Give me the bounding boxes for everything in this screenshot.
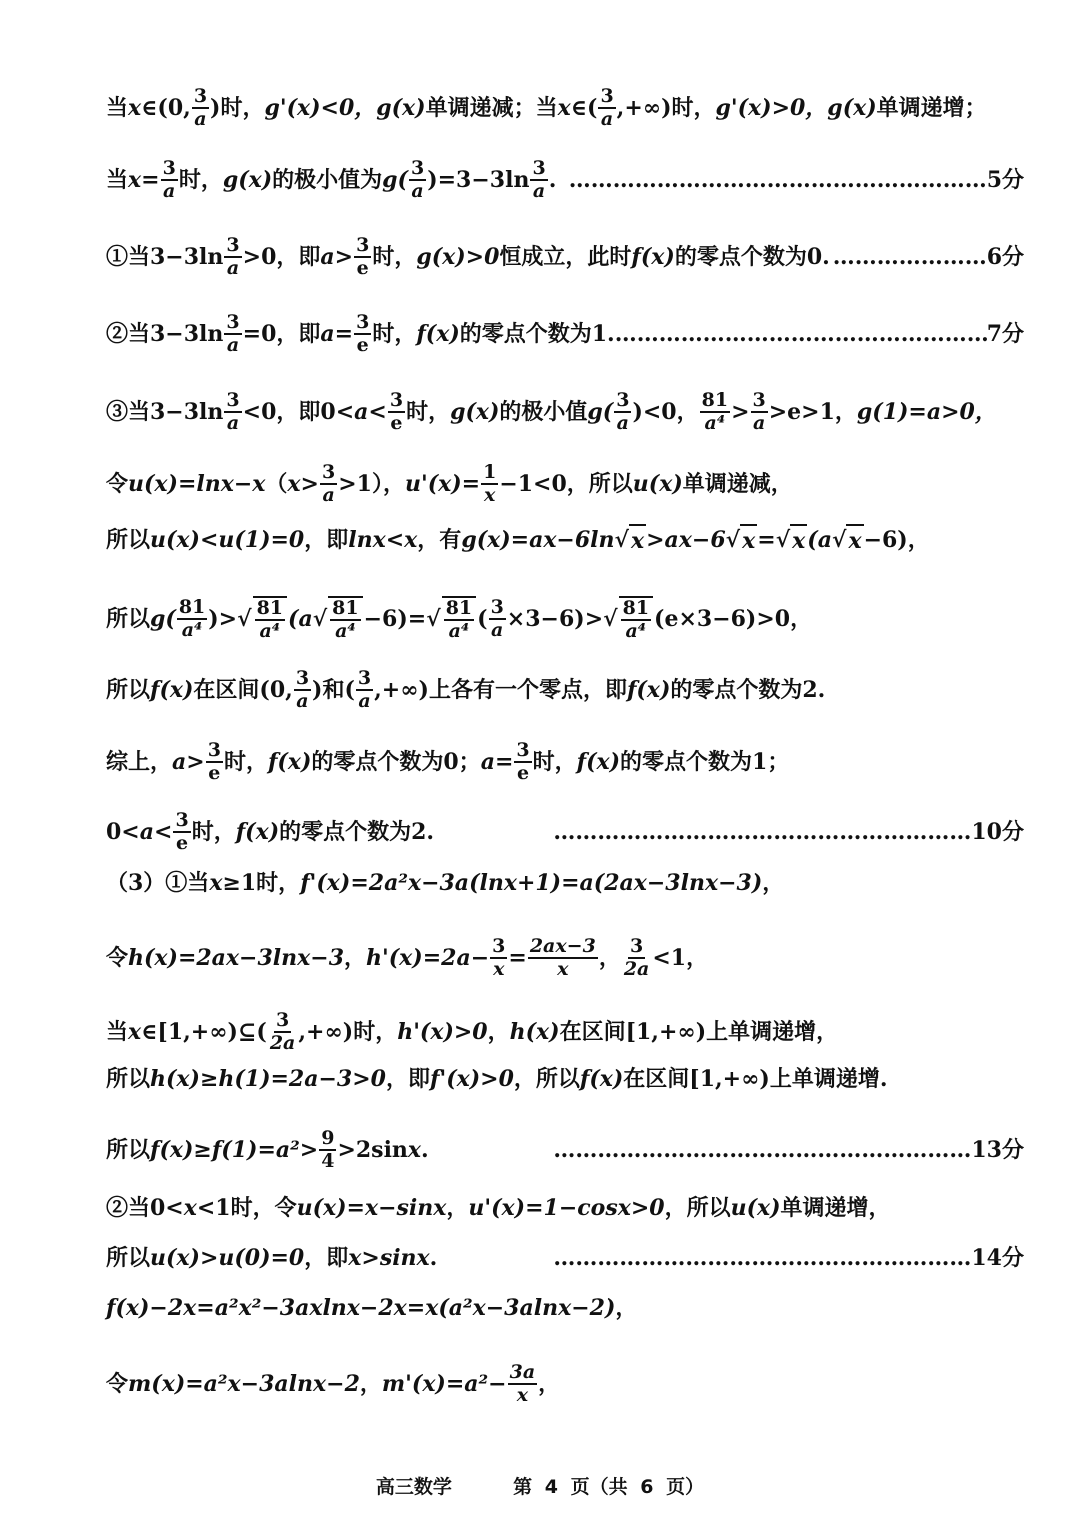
- fraction: 3e: [388, 390, 405, 434]
- page-number: 第 4 页（共 6 页）: [513, 1476, 704, 1498]
- solution-line-5: ③当3−3ln 3a <0，即0<a< 3e 时，g(x)的极小值g( 3a )…: [106, 390, 1024, 434]
- line-content: f(x)−2x=a²x²−3axlnx−2x=x(a²x−3alnx−2)，: [106, 1293, 637, 1323]
- solution-line-8: 所以g( 81a⁴ )> √81a⁴ (a √81a⁴ −6)= √81a⁴ (…: [106, 596, 1024, 642]
- dot-leader: …………………………………………………: [556, 165, 986, 195]
- solution-line-6: 令u(x)=lnx−x（x> 3a >1），u'(x)= 1x −1<0，所以u…: [106, 462, 1024, 506]
- solution-line-2: 当 x= 3a 时，g(x)的极小值为g( 3a )=3−3ln 3a . ………: [106, 158, 1024, 202]
- fraction: 2ax−3x: [528, 936, 598, 980]
- line-content: 所以f(x)在区间(0, 3a )和( 3a ,+∞)上各有一个零点，即f(x)…: [106, 668, 825, 712]
- score-marker: 10分: [971, 817, 1024, 847]
- score-marker: 14分: [971, 1243, 1024, 1273]
- solution-line-16: 所以f(x)≥f(1)=a²> 94 >2sinx. ……………………………………: [106, 1128, 1024, 1172]
- page-footer: 高三数学 第 4 页（共 6 页）: [0, 1472, 1080, 1499]
- solution-line-14: 当x∈[1,+∞)⊆( 32a ,+∞)时，h'(x)>0，h(x)在区间[1,…: [106, 1010, 1024, 1054]
- line-content: （3）①当 x≥1时，f'(x)=2a²x−3a(lnx+1)=a(2ax−3l…: [106, 868, 784, 898]
- line-content: ②当3−3ln 3a =0，即 a= 3e 时，f(x)的零点个数为1.: [106, 312, 615, 356]
- score-marker: 13分: [971, 1135, 1024, 1165]
- solution-line-20: 令m(x)=a²x−3alnx−2，m'(x)=a²− 3ax ，: [106, 1362, 1024, 1406]
- line-content: ①当3−3ln 3a >0，即 a> 3e 时，g(x)>0恒成立，此时f(x)…: [106, 235, 830, 279]
- line-content: 所以h(x)≥h(1)=2a−3>0，即f'(x)>0，所以f(x)在区间[1,…: [106, 1064, 888, 1094]
- line-content: 0<a< 3e 时，f(x)的零点个数为2.: [106, 810, 434, 854]
- fraction: 3a: [161, 158, 178, 202]
- sqrt-fraction: 81a⁴: [619, 596, 653, 642]
- fraction: 3x: [490, 936, 507, 980]
- fraction: 3e: [173, 810, 190, 854]
- line-content: 令m(x)=a²x−3alnx−2，m'(x)=a²− 3ax ，: [106, 1362, 560, 1406]
- fraction: 3e: [354, 312, 371, 356]
- line-content: 当 x∈(0, 3a )时，g'(x)<0，g(x)单调递减；当 x∈( 3a …: [106, 86, 987, 130]
- fraction: 3a: [614, 390, 631, 434]
- fraction: 3a: [320, 462, 337, 506]
- solution-line-11: 0<a< 3e 时，f(x)的零点个数为2. ………………………………………………: [106, 810, 1024, 854]
- line-content: 当 x= 3a 时，g(x)的极小值为g( 3a )=3−3ln 3a .: [106, 158, 556, 202]
- fraction: 3a: [294, 668, 311, 712]
- line-content: 所以u(x)<u(1)=0，即lnx<x，有g(x)=ax−6ln √x>ax−…: [106, 524, 930, 556]
- solution-line-10: 综上，a> 3e 时，f(x)的零点个数为0；a= 3e 时，f(x)的零点个数…: [106, 740, 1024, 784]
- fraction: 1x: [481, 462, 498, 506]
- sqrt-fraction: 81a⁴: [253, 596, 287, 642]
- fraction: 3a: [224, 235, 241, 279]
- solution-line-17: ②当0<x<1时，令u(x)=x−sinx，u'(x)=1−cosx>0，所以u…: [106, 1193, 1024, 1223]
- sqrt-fraction: 81a⁴: [442, 596, 476, 642]
- solution-line-4: ②当3−3ln 3a =0，即 a= 3e 时，f(x)的零点个数为1. …………: [106, 312, 1024, 356]
- dot-leader: …………………………………………………: [437, 1243, 971, 1273]
- solution-line-13: 令h(x)=2ax−3lnx−3，h'(x)=2a− 3x = 2ax−3x ，…: [106, 936, 1024, 980]
- dot-leader: …………………: [830, 242, 987, 272]
- subject-label: 高三数学: [376, 1476, 452, 1498]
- line-content: 所以g( 81a⁴ )> √81a⁴ (a √81a⁴ −6)= √81a⁴ (…: [106, 596, 812, 642]
- fraction: 3a: [224, 312, 241, 356]
- fraction: 3a: [409, 158, 426, 202]
- fraction: 3a: [224, 390, 241, 434]
- fraction: 94: [319, 1128, 336, 1172]
- sqrt-fraction: 81a⁴: [328, 596, 362, 642]
- line-content: ②当0<x<1时，令u(x)=x−sinx，u'(x)=1−cosx>0，所以u…: [106, 1193, 891, 1223]
- line-content: 令u(x)=lnx−x（x> 3a >1），u'(x)= 1x −1<0，所以u…: [106, 462, 793, 506]
- fraction: 32a: [622, 936, 652, 980]
- score-marker: 5分: [987, 165, 1024, 195]
- line-content: 令h(x)=2ax−3lnx−3，h'(x)=2a− 3x = 2ax−3x ，…: [106, 936, 708, 980]
- line-content: 所以u(x)>u(0)=0，即x>sinx.: [106, 1243, 437, 1273]
- solution-line-7: 所以u(x)<u(1)=0，即lnx<x，有g(x)=ax−6ln √x>ax−…: [106, 524, 1024, 556]
- fraction: 3a: [192, 86, 209, 130]
- solution-line-15: 所以h(x)≥h(1)=2a−3>0，即f'(x)>0，所以f(x)在区间[1,…: [106, 1064, 1024, 1094]
- fraction: 32a: [268, 1010, 298, 1054]
- score-marker: 6分: [987, 242, 1024, 272]
- dot-leader: …………………………………………………: [434, 817, 971, 847]
- line-content: 综上，a> 3e 时，f(x)的零点个数为0；a= 3e 时，f(x)的零点个数…: [106, 740, 789, 784]
- fraction: 3a: [356, 668, 373, 712]
- solution-line-3: ①当3−3ln 3a >0，即 a> 3e 时，g(x)>0恒成立，此时f(x)…: [106, 235, 1024, 279]
- fraction: 81a⁴: [177, 597, 207, 641]
- fraction: 3e: [354, 235, 371, 279]
- fraction: 3ax: [508, 1362, 538, 1406]
- fraction: 3e: [514, 740, 531, 784]
- solution-line-18: 所以u(x)>u(0)=0，即x>sinx. ………………………………………………: [106, 1243, 1024, 1273]
- line-content: ③当3−3ln 3a <0，即0<a< 3e 时，g(x)的极小值g( 3a )…: [106, 390, 997, 434]
- score-marker: 7分: [987, 319, 1024, 349]
- solution-line-1: 当 x∈(0, 3a )时，g'(x)<0，g(x)单调递减；当 x∈( 3a …: [106, 86, 1024, 130]
- fraction: 3a: [598, 86, 615, 130]
- line-content: 当x∈[1,+∞)⊆( 32a ,+∞)时，h'(x)>0，h(x)在区间[1,…: [106, 1010, 838, 1054]
- dot-leader: …………………………………………………: [429, 1135, 972, 1165]
- fraction: 3a: [489, 597, 506, 641]
- solution-line-12: （3）①当 x≥1时，f'(x)=2a²x−3a(lnx+1)=a(2ax−3l…: [106, 868, 1024, 898]
- dot-leader: …………………………………………………: [615, 319, 987, 349]
- solution-line-9: 所以f(x)在区间(0, 3a )和( 3a ,+∞)上各有一个零点，即f(x)…: [106, 668, 1024, 712]
- fraction: 3a: [530, 158, 547, 202]
- fraction: 3a: [751, 390, 768, 434]
- line-content: 所以f(x)≥f(1)=a²> 94 >2sinx.: [106, 1128, 429, 1172]
- fraction: 3e: [206, 740, 223, 784]
- solution-line-19: f(x)−2x=a²x²−3axlnx−2x=x(a²x−3alnx−2)，: [106, 1293, 1024, 1323]
- fraction: 81a⁴: [700, 390, 730, 434]
- answer-sheet-page: 当 x∈(0, 3a )时，g'(x)<0，g(x)单调递减；当 x∈( 3a …: [0, 0, 1080, 1527]
